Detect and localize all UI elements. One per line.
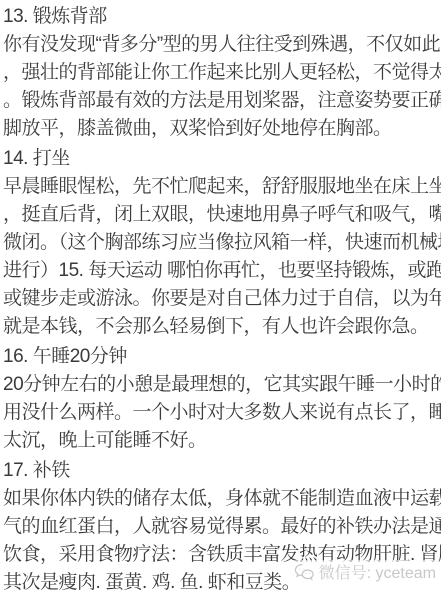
- text-line: 用没什么两样。一个小时对大多数人来说有点长了，睡得: [3, 399, 439, 427]
- text-line: 如果你体内铁的储存太低，身体就不能制造血液中运载氧: [3, 485, 439, 513]
- text-line: 你有没发现“背多分”型的男人往往受到殊遇，不仅如此: [3, 31, 439, 59]
- section-heading: 17. 补铁: [3, 457, 439, 485]
- watermark-text: 微信号: yceteam: [319, 560, 436, 583]
- section-heading: 14. 打坐: [3, 145, 439, 173]
- article-page: 13. 锻炼背部 你有没发现“背多分”型的男人往往受到殊遇，不仅如此 ，强壮的背…: [0, 0, 441, 590]
- text-line: 就是本钱，不会那么轻易倒下，有人也许会跟你急。: [3, 313, 439, 341]
- text-line: 气的血红蛋白，人就容易觉得累。最好的补铁办法是通过: [3, 513, 439, 541]
- section-heading: 13. 锻炼背部: [3, 3, 439, 31]
- section-13: 13. 锻炼背部 你有没发现“背多分”型的男人往往受到殊遇，不仅如此 ，强壮的背…: [3, 3, 439, 143]
- text-line: 。锻炼背部最有效的方法是用划桨器，注意姿势要正确；: [3, 87, 439, 115]
- text-line: 微闭。（这个胸部练习应当像拉风箱一样，快速而机械地: [3, 229, 439, 257]
- section-16: 16. 午睡20分钟 20分钟左右的小憩是最理想的，它其实跟午睡一小时的作 用没…: [3, 343, 439, 455]
- text-line: 20分钟左右的小憩是最理想的，它其实跟午睡一小时的作: [3, 371, 439, 399]
- section-heading: 16. 午睡20分钟: [3, 343, 439, 371]
- section-14: 14. 打坐 早晨睡眼惺松，先不忙爬起来，舒舒服服地坐在床上坐着 ，挺直后背，闭…: [3, 145, 439, 341]
- wechat-watermark: 微信号: yceteam: [292, 560, 436, 583]
- wechat-icon: [294, 563, 314, 581]
- text-line: ，挺直后背，闭上双眼，快速地用鼻子呼气和吸气，嘴巴: [3, 201, 439, 229]
- text-line: 脚放平，膝盖微曲，双桨恰到好处地停在胸部。: [3, 115, 439, 143]
- text-line: 太沉，晚上可能睡不好。: [3, 427, 439, 455]
- text-line: 或键步走或游泳。你要是对自己体力过于自信，以为年轻: [3, 285, 439, 313]
- text-line: ，强壮的背部能让你工作起来比别人更轻松，不觉得太累: [3, 59, 439, 87]
- text-line: 进行）15. 每天运动 哪怕你再忙，也要坚持锻炼，或跑步: [3, 257, 439, 285]
- text-line: 早晨睡眼惺松，先不忙爬起来，舒舒服服地坐在床上坐着: [3, 173, 439, 201]
